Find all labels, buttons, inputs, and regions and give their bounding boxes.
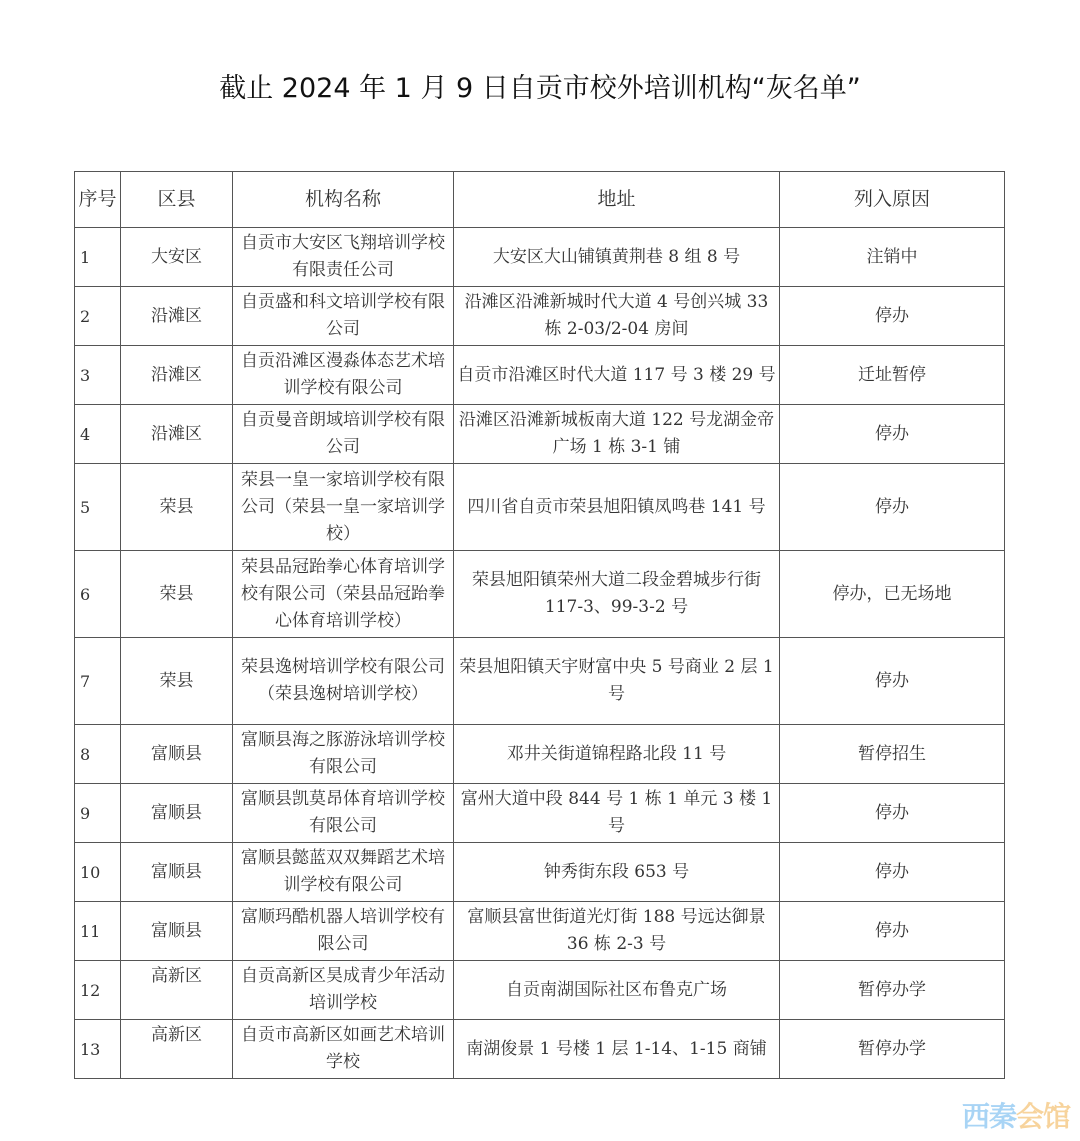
table-row: 12 高新区 自贡高新区昊成青少年活动培训学校 自贡南湖国际社区布鲁克广场 暂停… (75, 961, 1005, 1020)
header-district: 区县 (121, 172, 233, 228)
cell-no: 5 (75, 464, 121, 551)
watermark-logo: 西秦会馆 (962, 1095, 1070, 1135)
cell-address: 南湖俊景 1 号楼 1 层 1-14、1-15 商铺 (454, 1020, 780, 1079)
table-row: 4 沿滩区 自贡曼音朗域培训学校有限公司 沿滩区沿滩新城板南大道 122 号龙湖… (75, 405, 1005, 464)
cell-address: 富州大道中段 844 号 1 栋 1 单元 3 楼 1 号 (454, 784, 780, 843)
cell-reason: 暂停招生 (780, 725, 1005, 784)
table-row: 13 高新区 自贡市高新区如画艺术培训学校 南湖俊景 1 号楼 1 层 1-14… (75, 1020, 1005, 1079)
cell-district: 荣县 (121, 638, 233, 725)
cell-name: 富顺县懿蓝双双舞蹈艺术培训学校有限公司 (233, 843, 454, 902)
cell-reason: 暂停办学 (780, 1020, 1005, 1079)
cell-name: 富顺县海之豚游泳培训学校有限公司 (233, 725, 454, 784)
cell-no: 4 (75, 405, 121, 464)
cell-no: 1 (75, 228, 121, 287)
cell-reason: 停办 (780, 843, 1005, 902)
header-address: 地址 (454, 172, 780, 228)
cell-name: 荣县逸树培训学校有限公司（荣县逸树培训学校） (233, 638, 454, 725)
cell-name: 自贡市高新区如画艺术培训学校 (233, 1020, 454, 1079)
cell-no: 6 (75, 551, 121, 638)
table-row: 3 沿滩区 自贡沿滩区漫淼体态艺术培训学校有限公司 自贡市沿滩区时代大道 117… (75, 346, 1005, 405)
cell-address: 沿滩区沿滩新城板南大道 122 号龙湖金帝广场 1 栋 3-1 铺 (454, 405, 780, 464)
cell-name: 自贡市大安区飞翔培训学校有限责任公司 (233, 228, 454, 287)
cell-no: 7 (75, 638, 121, 725)
cell-reason: 注销中 (780, 228, 1005, 287)
header-no: 序号 (75, 172, 121, 228)
cell-name: 富顺县凯莫昂体育培训学校有限公司 (233, 784, 454, 843)
cell-name: 荣县品冠跆拳心体育培训学校有限公司（荣县品冠跆拳心体育培训学校） (233, 551, 454, 638)
cell-reason: 停办 (780, 405, 1005, 464)
table-header-row: 序号 区县 机构名称 地址 列入原因 (75, 172, 1005, 228)
cell-name: 自贡曼音朗域培训学校有限公司 (233, 405, 454, 464)
cell-reason: 停办 (780, 287, 1005, 346)
table-row: 10 富顺县 富顺县懿蓝双双舞蹈艺术培训学校有限公司 钟秀街东段 653 号 停… (75, 843, 1005, 902)
table-row: 11 富顺县 富顺玛酷机器人培训学校有限公司 富顺县富世街道光灯街 188 号远… (75, 902, 1005, 961)
cell-no: 10 (75, 843, 121, 902)
cell-district: 高新区 (121, 1020, 233, 1079)
cell-address: 四川省自贡市荣县旭阳镇凤鸣巷 141 号 (454, 464, 780, 551)
grey-list-table: 序号 区县 机构名称 地址 列入原因 1 大安区 自贡市大安区飞翔培训学校有限责… (74, 171, 1005, 1079)
cell-no: 9 (75, 784, 121, 843)
cell-district: 富顺县 (121, 725, 233, 784)
cell-address: 邓井关街道锦程路北段 11 号 (454, 725, 780, 784)
table-row: 9 富顺县 富顺县凯莫昂体育培训学校有限公司 富州大道中段 844 号 1 栋 … (75, 784, 1005, 843)
cell-no: 12 (75, 961, 121, 1020)
table-row: 1 大安区 自贡市大安区飞翔培训学校有限责任公司 大安区大山铺镇黄荆巷 8 组 … (75, 228, 1005, 287)
table-row: 2 沿滩区 自贡盛和科文培训学校有限公司 沿滩区沿滩新城时代大道 4 号创兴城 … (75, 287, 1005, 346)
cell-no: 13 (75, 1020, 121, 1079)
cell-reason: 停办，已无场地 (780, 551, 1005, 638)
table-row: 8 富顺县 富顺县海之豚游泳培训学校有限公司 邓井关街道锦程路北段 11 号 暂… (75, 725, 1005, 784)
cell-district: 荣县 (121, 464, 233, 551)
cell-name: 自贡高新区昊成青少年活动培训学校 (233, 961, 454, 1020)
table-row: 6 荣县 荣县品冠跆拳心体育培训学校有限公司（荣县品冠跆拳心体育培训学校） 荣县… (75, 551, 1005, 638)
cell-address: 自贡南湖国际社区布鲁克广场 (454, 961, 780, 1020)
cell-district: 沿滩区 (121, 405, 233, 464)
cell-name: 荣县一皇一家培训学校有限公司（荣县一皇一家培训学校） (233, 464, 454, 551)
cell-reason: 停办 (780, 464, 1005, 551)
cell-reason: 停办 (780, 902, 1005, 961)
cell-name: 自贡沿滩区漫淼体态艺术培训学校有限公司 (233, 346, 454, 405)
cell-district: 高新区 (121, 961, 233, 1020)
cell-no: 11 (75, 902, 121, 961)
watermark-part1: 西秦 (962, 1100, 1016, 1133)
cell-name: 富顺玛酷机器人培训学校有限公司 (233, 902, 454, 961)
cell-address: 沿滩区沿滩新城时代大道 4 号创兴城 33 栋 2-03/2-04 房间 (454, 287, 780, 346)
cell-district: 沿滩区 (121, 346, 233, 405)
cell-address: 钟秀街东段 653 号 (454, 843, 780, 902)
cell-reason: 迁址暂停 (780, 346, 1005, 405)
cell-reason: 停办 (780, 784, 1005, 843)
table-row: 5 荣县 荣县一皇一家培训学校有限公司（荣县一皇一家培训学校） 四川省自贡市荣县… (75, 464, 1005, 551)
header-name: 机构名称 (233, 172, 454, 228)
watermark-part2: 会馆 (1016, 1100, 1070, 1133)
cell-no: 3 (75, 346, 121, 405)
cell-address: 自贡市沿滩区时代大道 117 号 3 楼 29 号 (454, 346, 780, 405)
cell-district: 沿滩区 (121, 287, 233, 346)
cell-address: 富顺县富世街道光灯街 188 号远达御景 36 栋 2-3 号 (454, 902, 780, 961)
cell-no: 8 (75, 725, 121, 784)
document-title: 截止 2024 年 1 月 9 日自贡市校外培训机构“灰名单” (0, 66, 1080, 105)
header-reason: 列入原因 (780, 172, 1005, 228)
cell-address: 荣县旭阳镇天宇财富中央 5 号商业 2 层 1 号 (454, 638, 780, 725)
cell-address: 荣县旭阳镇荣州大道二段金碧城步行街 117-3、99-3-2 号 (454, 551, 780, 638)
cell-address: 大安区大山铺镇黄荆巷 8 组 8 号 (454, 228, 780, 287)
cell-district: 富顺县 (121, 902, 233, 961)
cell-district: 大安区 (121, 228, 233, 287)
cell-reason: 停办 (780, 638, 1005, 725)
cell-district: 荣县 (121, 551, 233, 638)
cell-district: 富顺县 (121, 843, 233, 902)
cell-reason: 暂停办学 (780, 961, 1005, 1020)
cell-no: 2 (75, 287, 121, 346)
cell-name: 自贡盛和科文培训学校有限公司 (233, 287, 454, 346)
table-row: 7 荣县 荣县逸树培训学校有限公司（荣县逸树培训学校） 荣县旭阳镇天宇财富中央 … (75, 638, 1005, 725)
cell-district: 富顺县 (121, 784, 233, 843)
